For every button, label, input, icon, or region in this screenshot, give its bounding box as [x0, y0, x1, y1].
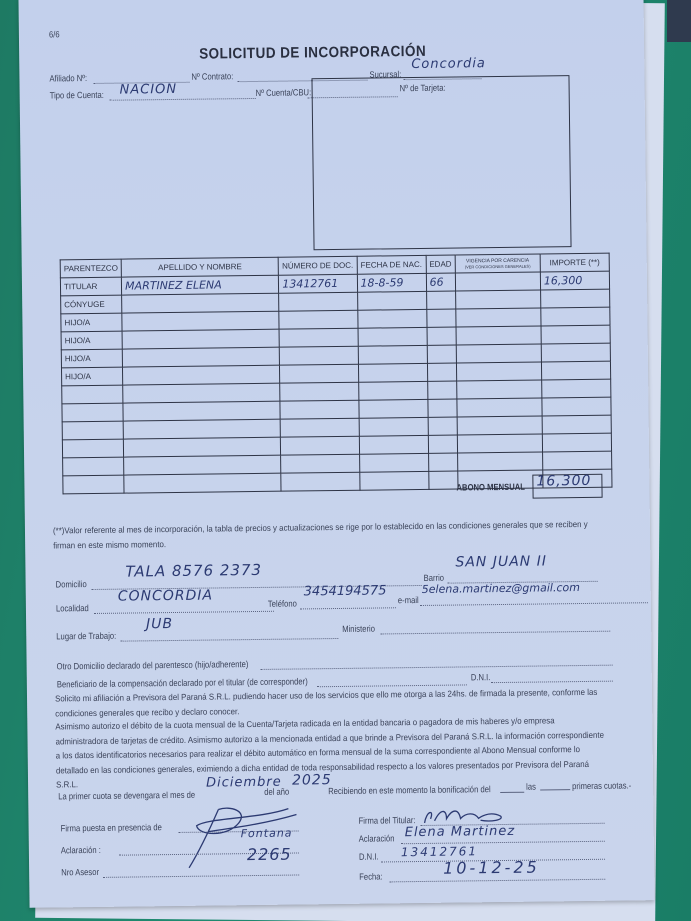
cell-fecha-nac[interactable]	[359, 435, 428, 454]
cell-nombre[interactable]	[123, 419, 280, 439]
localidad-label: Localidad	[56, 603, 89, 613]
cell-nombre[interactable]	[124, 437, 281, 457]
col-vigencia: VIGENCIA POR CARENCIA (VER CONDICIONES G…	[455, 254, 540, 273]
cell-parentezco: HIJO/A	[61, 367, 122, 386]
cell-vigencia[interactable]	[456, 362, 541, 381]
legal-paragraph-2: Asimismo autorizo el débito de la cuota …	[55, 713, 608, 792]
barrio-label: Barrio	[424, 573, 445, 583]
email-label: e-mail	[398, 595, 419, 605]
telefono-label: Teléfono	[268, 598, 297, 608]
fecha-value: 10-12-25	[443, 858, 540, 878]
col-importe: IMPORTE (**)	[540, 253, 609, 272]
cell-parentezco: HIJO/A	[61, 349, 122, 368]
cell-importe[interactable]	[541, 343, 610, 362]
cell-edad[interactable]	[427, 327, 456, 345]
attachment-box	[311, 75, 571, 250]
cell-edad[interactable]	[428, 471, 457, 489]
cell-parentezco	[62, 403, 123, 422]
cuota-mid: Recibiendo en este momento la bonificaci…	[328, 784, 491, 796]
cuota-suffix: primeras cuotas.-	[572, 780, 631, 791]
cell-edad[interactable]	[427, 345, 456, 363]
bonificacion-field[interactable]	[500, 792, 524, 793]
contrato-label: Nº Contrato:	[191, 71, 233, 82]
abono-label: ABONO MENSUAL	[456, 482, 525, 493]
fecha-label: Fecha:	[359, 871, 383, 881]
cell-vigencia[interactable]	[456, 380, 541, 399]
col-parentezco: PARENTEZCO	[60, 259, 121, 278]
cell-edad[interactable]	[426, 291, 455, 309]
aclaracion-label: Aclaración :	[61, 845, 101, 855]
tipo-cuenta-field[interactable]	[110, 98, 256, 101]
localidad-value: CONCORDIA	[118, 588, 213, 605]
cell-doc[interactable]	[279, 328, 357, 347]
cell-parentezco: TITULAR	[60, 277, 121, 296]
telefono-field[interactable]	[300, 607, 396, 609]
cell-nombre[interactable]	[122, 293, 279, 313]
fecha-field[interactable]	[389, 879, 605, 883]
beneficiario-dni-label: D.N.I.	[471, 672, 491, 682]
asesor-value: 2265	[247, 845, 292, 865]
vigencia-subtitle: (VER CONDICIONES GENERALES)	[459, 263, 537, 270]
background-object	[667, 0, 691, 42]
cell-fecha-nac[interactable]	[358, 399, 427, 418]
domicilio-label: Domicilio	[56, 579, 87, 589]
cell-doc[interactable]	[281, 472, 359, 491]
cuota-anio-value: 2025	[292, 772, 332, 788]
cell-parentezco: CÓNYUGE	[61, 295, 122, 314]
email-value: 5elena.martinez@gmail.com	[422, 581, 580, 596]
firma-titular-label: Firma del Titular:	[358, 815, 415, 826]
localidad-field[interactable]	[94, 611, 274, 614]
trabajo-value: JUB	[146, 616, 173, 632]
cuota-prefix: La primer cuota se devengara el mes de	[58, 790, 195, 802]
col-fecha-nac: FECHA DE NAC.	[357, 255, 426, 274]
cell-edad[interactable]	[428, 453, 457, 471]
form-title: SOLICITUD DE INCORPORACIÓN	[199, 43, 426, 63]
cell-vigencia[interactable]	[457, 398, 542, 417]
cell-doc[interactable]	[280, 346, 358, 365]
cell-nombre[interactable]	[124, 455, 281, 475]
cell-vigencia[interactable]	[456, 344, 541, 363]
cell-parentezco	[62, 385, 123, 404]
aclaracion-value: Fontana	[241, 827, 293, 841]
cell-doc[interactable]	[281, 454, 359, 473]
afiliado-label: Afiliado Nº:	[49, 73, 87, 83]
ministerio-label: Ministerio	[342, 624, 375, 634]
aclaracion-titular-field[interactable]	[401, 841, 605, 844]
cell-nombre[interactable]: MARTINEZ ELENA	[122, 275, 279, 295]
cell-parentezco	[62, 421, 123, 440]
cell-nombre[interactable]	[123, 383, 280, 403]
aclaracion-titular-label: Aclaración	[359, 833, 395, 843]
cell-nombre[interactable]	[123, 401, 280, 421]
cell-fecha-nac[interactable]	[359, 417, 428, 436]
beneficiario-dni-field[interactable]	[491, 681, 613, 683]
cell-doc[interactable]: 13412761	[279, 274, 357, 293]
cell-doc[interactable]	[279, 310, 357, 329]
cuenta-cbu-label: Nº Cuenta/CBU:	[256, 87, 312, 98]
cell-edad[interactable]	[427, 363, 456, 381]
cell-nombre[interactable]	[122, 329, 279, 349]
col-edad: EDAD	[426, 255, 455, 273]
abono-value: 16,300	[536, 473, 591, 490]
cell-fecha-nac[interactable]	[359, 453, 428, 472]
col-nombre: APELLIDO Y NOMBRE	[121, 257, 278, 277]
cell-fecha-nac[interactable]	[358, 381, 427, 400]
otro-domicilio-label: Otro Domicilio declarado del parentesco …	[57, 659, 249, 671]
family-table: PARENTEZCO APELLIDO Y NOMBRE NÚMERO DE D…	[60, 253, 613, 495]
cell-parentezco: HIJO/A	[61, 331, 122, 350]
col-doc: NÚMERO DE DOC.	[278, 256, 356, 275]
cell-importe[interactable]	[542, 397, 611, 416]
footnote: (**)Valor referente al mes de incorporac…	[53, 517, 605, 553]
cell-fecha-nac[interactable]	[358, 345, 427, 364]
telefono-value: 3454194575	[304, 583, 387, 599]
cell-edad[interactable]	[426, 309, 455, 327]
cell-fecha-nac[interactable]	[358, 363, 427, 382]
cell-parentezco	[63, 457, 124, 476]
dni-value: 13412761	[401, 844, 478, 859]
aclaracion-titular-value: Elena Martinez	[405, 824, 516, 840]
cell-importe[interactable]	[541, 307, 610, 326]
cell-vigencia[interactable]	[456, 308, 541, 327]
trabajo-field[interactable]	[120, 638, 338, 642]
cell-fecha-nac[interactable]	[359, 471, 428, 490]
cell-nombre[interactable]	[122, 311, 279, 331]
otro-domicilio-field[interactable]	[261, 665, 613, 670]
cell-vigencia[interactable]	[457, 416, 542, 435]
cell-vigencia[interactable]	[457, 452, 542, 471]
cuota-las: las	[526, 782, 536, 792]
cell-vigencia[interactable]	[455, 272, 540, 291]
cell-doc[interactable]	[280, 400, 358, 419]
asesor-field[interactable]	[103, 874, 299, 877]
barrio-value: SAN JUAN II	[455, 553, 547, 570]
cell-fecha-nac[interactable]	[357, 309, 426, 328]
cell-edad[interactable]	[428, 417, 457, 435]
cell-nombre[interactable]	[123, 365, 280, 385]
cell-doc[interactable]	[281, 436, 359, 455]
cell-parentezco	[62, 439, 123, 458]
cell-edad[interactable]: 66	[426, 273, 455, 291]
cell-vigencia[interactable]	[456, 326, 541, 345]
cell-importe[interactable]	[542, 379, 611, 398]
beneficiario-label: Beneficiario de la compensación declarad…	[57, 676, 308, 689]
cuotas-count-field[interactable]	[540, 789, 570, 790]
cell-doc[interactable]	[279, 292, 357, 311]
cell-edad[interactable]	[428, 435, 457, 453]
cell-fecha-nac[interactable]	[358, 327, 427, 346]
cell-vigencia[interactable]	[455, 290, 540, 309]
cell-importe[interactable]	[541, 325, 610, 344]
cell-edad[interactable]	[427, 381, 456, 399]
tipo-cuenta-value: NACION	[120, 82, 178, 98]
cuota-anio-label: del año	[264, 787, 289, 797]
dni-label: D.N.I.	[359, 852, 379, 862]
cell-importe[interactable]	[542, 415, 611, 434]
form-sheet: 6/6 SOLICITUD DE INCORPORACIÓN Afiliado …	[18, 0, 654, 908]
cell-importe[interactable]	[542, 451, 611, 470]
email-field[interactable]	[420, 602, 648, 606]
cell-parentezco: HIJO/A	[61, 313, 122, 332]
cell-doc[interactable]	[280, 364, 358, 383]
page-number: 6/6	[49, 29, 60, 39]
asesor-label: Nro Asesor	[61, 867, 99, 877]
tipo-cuenta-label: Tipo de Cuenta:	[50, 90, 104, 101]
cell-doc[interactable]	[280, 382, 358, 401]
cell-doc[interactable]	[280, 418, 358, 437]
ministerio-field[interactable]	[380, 631, 610, 635]
sucursal-value: Concordia	[411, 56, 486, 72]
presencia-label: Firma puesta en presencia de	[61, 822, 162, 833]
cell-importe[interactable]	[541, 361, 610, 380]
cell-nombre[interactable]	[122, 347, 279, 367]
domicilio-value: TALA 8576 2373	[125, 561, 262, 581]
cell-fecha-nac[interactable]: 18-8-59	[357, 273, 426, 292]
trabajo-label: Lugar de Trabajo:	[56, 631, 116, 642]
cell-importe[interactable]	[540, 289, 609, 308]
cell-edad[interactable]	[427, 399, 456, 417]
cell-nombre[interactable]	[124, 473, 281, 493]
cell-importe[interactable]	[542, 433, 611, 452]
cell-importe[interactable]: 16,300	[540, 271, 609, 290]
cell-fecha-nac[interactable]	[357, 291, 426, 310]
cell-vigencia[interactable]	[457, 434, 542, 453]
cell-parentezco	[63, 475, 124, 494]
